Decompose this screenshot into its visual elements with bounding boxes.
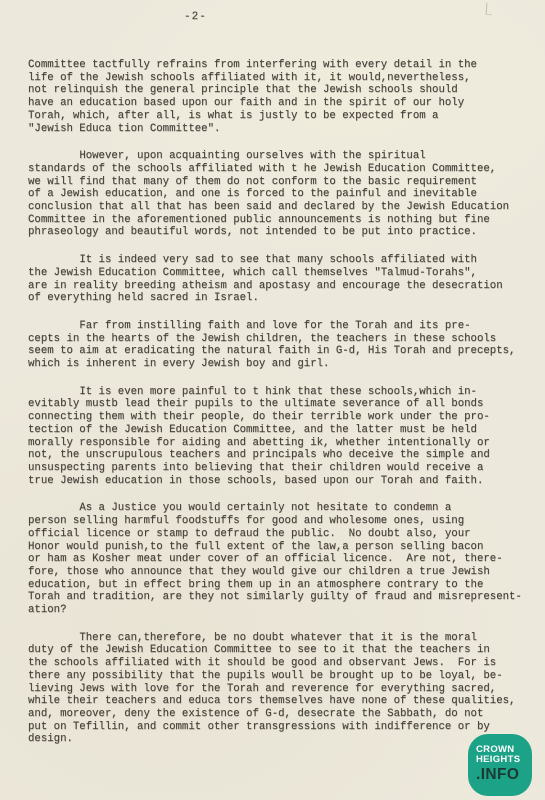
page-number: -2- — [184, 11, 207, 23]
paragraph-3: It is indeed very sad to see that many s… — [28, 254, 540, 305]
pencil-mark — [486, 3, 493, 15]
logo-text-heights: HEIGHTS — [476, 755, 532, 765]
paragraph-4: Far from instilling faith and love for t… — [28, 320, 540, 371]
paragraph-5: It is even more painful to t hink that t… — [28, 386, 540, 488]
letter-body: Committee tactfully refrains from interf… — [28, 59, 540, 761]
scanned-letter-page: -2- Committee tactfully refrains from in… — [0, 0, 545, 800]
paragraph-6: As a Justice you would certainly not hes… — [28, 502, 540, 616]
paragraph-7: There can,therefore, be no doubt whateve… — [28, 632, 540, 746]
crownheights-info-logo: CROWN HEIGHTS .INFO — [468, 734, 532, 796]
paragraph-1: Committee tactfully refrains from interf… — [28, 59, 540, 135]
paragraph-2: However, upon acquainting ourselves with… — [28, 150, 540, 239]
logo-text-info: .INFO — [476, 766, 532, 783]
